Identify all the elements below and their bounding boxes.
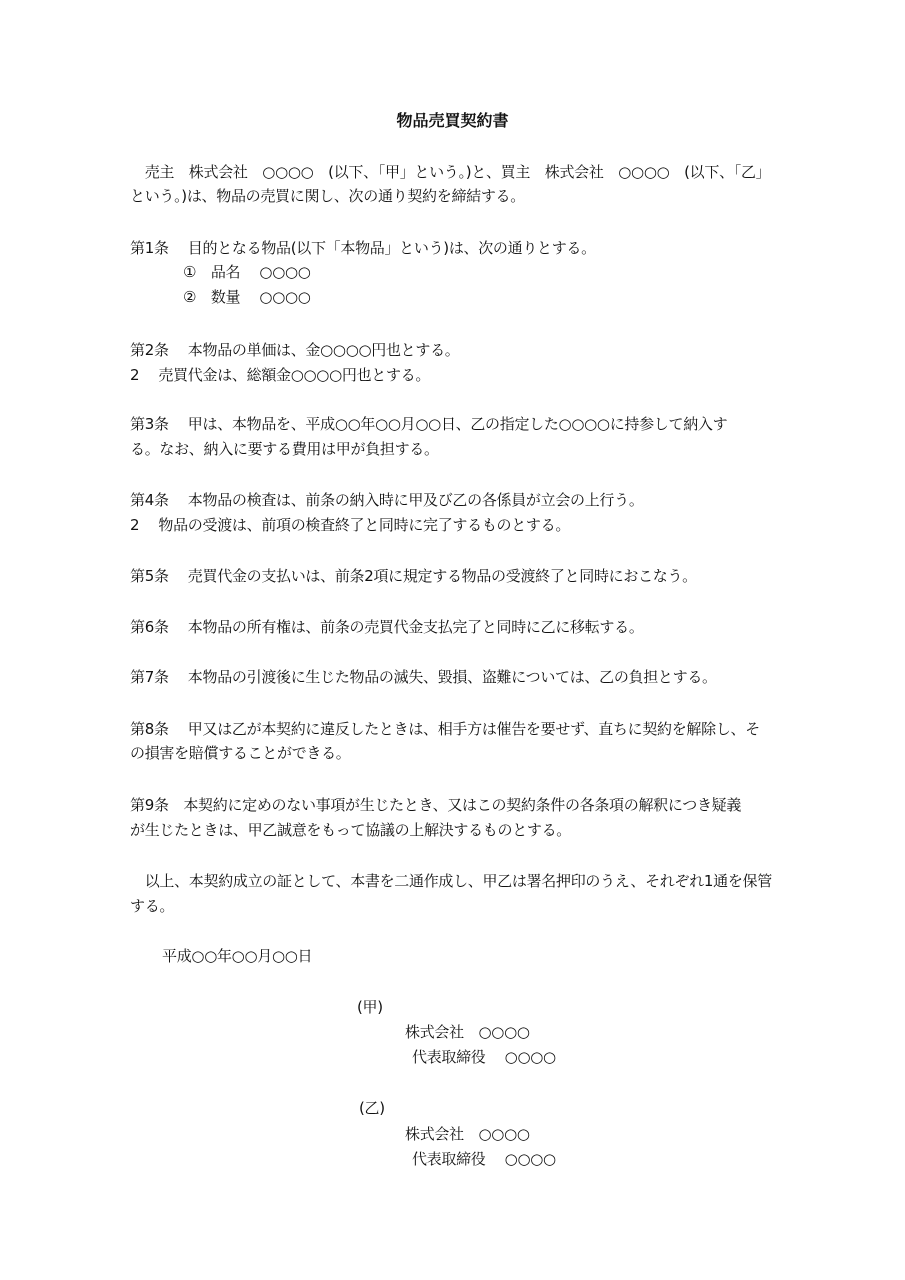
article-7-line-1: 第7条 本物品の引渡後に生じた物品の滅失、毀損、盗難については、乙の負担とする。 bbox=[130, 667, 717, 687]
closing-line-1: 以上、本契約成立の証として、本書を二通作成し、甲乙は署名押印のうえ、それぞれ1通… bbox=[130, 871, 772, 891]
party-a-representative: 代表取締役 ○○○○ bbox=[412, 1047, 556, 1067]
document-page: 物品売買契約書 売主 株式会社 ○○○○ (以下、「甲」という。)と、買主 株式… bbox=[0, 0, 905, 1280]
article-8-line-2: の損害を賠償することができる。 bbox=[130, 743, 351, 763]
document-title: 物品売買契約書 bbox=[0, 108, 905, 131]
article-1-line-1: 第1条 目的となる物品(以下「本物品」という)は、次の通りとする。 bbox=[130, 238, 596, 258]
article-9-line-2: が生じたときは、甲乙誠意をもって協議の上解決するものとする。 bbox=[130, 820, 571, 840]
preamble-line-1: 売主 株式会社 ○○○○ (以下、「甲」という。)と、買主 株式会社 ○○○○ … bbox=[130, 162, 770, 182]
party-b-company: 株式会社 ○○○○ bbox=[405, 1124, 530, 1144]
party-b-label: (乙) bbox=[359, 1098, 385, 1118]
party-a-company: 株式会社 ○○○○ bbox=[405, 1022, 530, 1042]
party-a-label: (甲) bbox=[357, 997, 383, 1017]
article-1-item-2: ② 数量 ○○○○ bbox=[183, 287, 311, 307]
closing-line-2: する。 bbox=[130, 896, 174, 916]
article-3-line-2: る。なお、納入に要する費用は甲が負担する。 bbox=[130, 439, 439, 459]
article-2-line-1: 第2条 本物品の単価は、金○○○○円也とする。 bbox=[130, 340, 459, 360]
article-2-line-2: 2 売買代金は、総額金○○○○円也とする。 bbox=[130, 365, 430, 385]
article-3-line-1: 第3条 甲は、本物品を、平成○○年○○月○○日、乙の指定した○○○○に持参して納… bbox=[130, 414, 727, 434]
article-6-line-1: 第6条 本物品の所有権は、前条の売買代金支払完了と同時に乙に移転する。 bbox=[130, 617, 644, 637]
party-b-representative: 代表取締役 ○○○○ bbox=[412, 1149, 556, 1169]
article-1-item-1: ① 品名 ○○○○ bbox=[183, 262, 311, 282]
article-5-line-1: 第5条 売買代金の支払いは、前条2項に規定する物品の受渡終了と同時におこなう。 bbox=[130, 566, 697, 586]
article-4-line-2: 2 物品の受渡は、前項の検査終了と同時に完了するものとする。 bbox=[130, 515, 570, 535]
preamble-line-2: という。)は、物品の売買に関し、次の通り契約を締結する。 bbox=[130, 186, 525, 206]
article-4-line-1: 第4条 本物品の検査は、前条の納入時に甲及び乙の各係員が立会の上行う。 bbox=[130, 490, 644, 510]
article-8-line-1: 第8条 甲又は乙が本契約に違反したときは、相手方は催告を要せず、直ちに契約を解除… bbox=[130, 719, 760, 739]
contract-date: 平成○○年○○月○○日 bbox=[162, 946, 312, 966]
article-9-line-1: 第9条 本契約に定めのない事項が生じたとき、又はこの契約条件の各条項の解釈につき… bbox=[130, 795, 741, 815]
